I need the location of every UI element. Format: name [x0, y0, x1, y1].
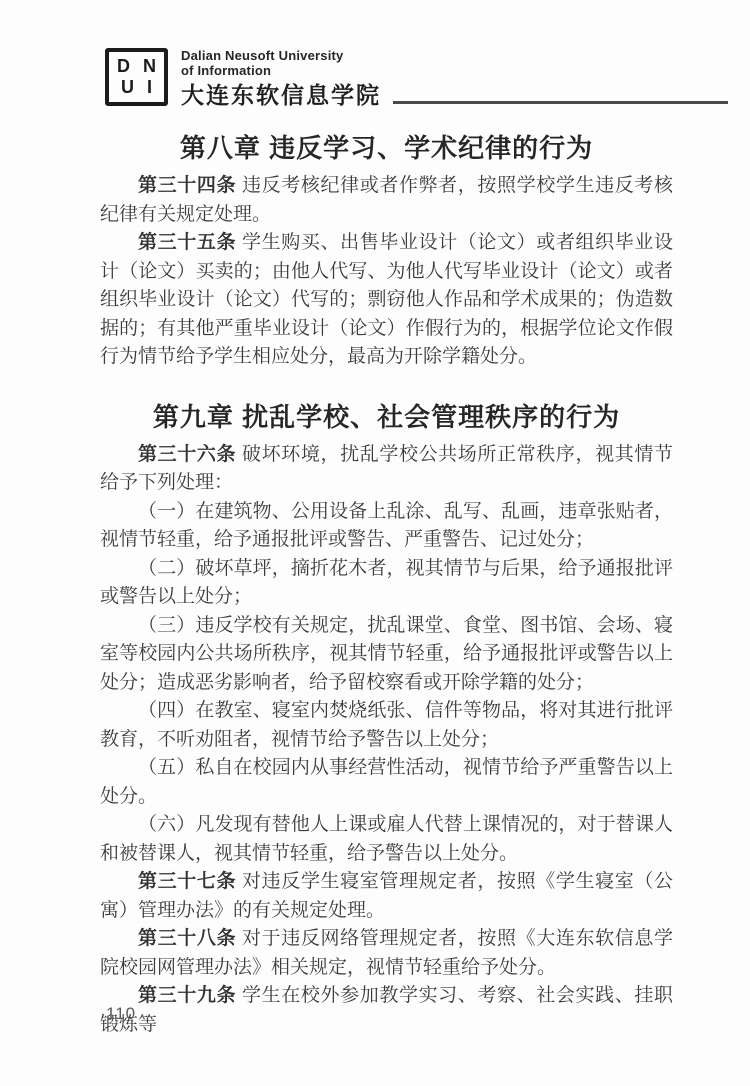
paragraph-article-34: 第三十四条 违反考核纪律或者作弊者，按照学校学生违反考核纪律有关规定处理。: [100, 172, 673, 229]
logo-letters-bottom: U I: [117, 77, 156, 98]
chapter-9-section: 第九章 扰乱学校、社会管理秩序的行为 第三十六条 破坏环境，扰乱学校公共场所正常…: [100, 402, 673, 1040]
paragraph-article-36: 第三十六条 破坏环境，扰乱学校公共场所正常秩序，视其情节给予下列处理：: [100, 441, 673, 498]
article-34-number: 第三十四条: [138, 175, 242, 196]
university-name-english-line2: of Information: [181, 63, 728, 78]
article-35-number: 第三十五条: [138, 232, 242, 253]
article-36-number: 第三十六条: [138, 444, 242, 465]
paragraph-article-39: 第三十九条 学生在校外参加教学实习、考察、社会实践、挂职锻炼等: [100, 982, 673, 1039]
list-item-3-text: （三）违反学校有关规定，扰乱课堂、食堂、图书馆、会场、寝室等校园内公共场所秩序，…: [100, 615, 673, 693]
chapter-8-title: 第八章 违反学习、学术纪律的行为: [100, 133, 673, 164]
list-item-2: （二）破坏草坪，摘折花木者，视其情节与后果，给予通报批评或警告以上处分；: [100, 555, 673, 612]
list-item-4-text: （四）在教室、寝室内焚烧纸张、信件等物品，将对其进行批评教育，不听劝阻者，视情节…: [100, 700, 673, 750]
paragraph-article-35: 第三十五条 学生购买、出售毕业设计（论文）或者组织毕业设计（论文）买卖的；由他人…: [100, 229, 673, 372]
university-names: Dalian Neusoft University of Information…: [181, 48, 728, 109]
article-37-number: 第三十七条: [138, 871, 242, 892]
logo-letters-top: D N: [113, 56, 160, 77]
chapter-9-title: 第九章 扰乱学校、社会管理秩序的行为: [100, 402, 673, 433]
regulation-content: 第八章 违反学习、学术纪律的行为 第三十四条 违反考核纪律或者作弊者，按照学校学…: [0, 109, 750, 1039]
page-number: 110: [106, 1004, 136, 1024]
list-item-6-text: （六）凡发现有替他人上课或雇人代替上课情况的，对于替课人和被替课人，视其情节轻重…: [100, 814, 673, 864]
chapter-8-section: 第八章 违反学习、学术纪律的行为 第三十四条 违反考核纪律或者作弊者，按照学校学…: [100, 133, 673, 372]
list-item-5-text: （五）私自在校园内从事经营性活动，视情节给予严重警告以上处分。: [100, 757, 673, 807]
dnui-logo-icon: D N U I: [105, 48, 168, 106]
list-item-4: （四）在教室、寝室内焚烧纸张、信件等物品，将对其进行批评教育，不听劝阻者，视情节…: [100, 697, 673, 754]
list-item-1-text: （一）在建筑物、公用设备上乱涂、乱写、乱画，违章张贴者，视情节轻重，给予通报批评…: [100, 501, 673, 551]
list-item-3: （三）违反学校有关规定，扰乱课堂、食堂、图书馆、会场、寝室等校园内公共场所秩序，…: [100, 612, 673, 698]
header-divider-line: [393, 101, 728, 104]
article-38-number: 第三十八条: [138, 928, 242, 949]
list-item-6: （六）凡发现有替他人上课或雇人代替上课情况的，对于替课人和被替课人，视其情节轻重…: [100, 811, 673, 868]
list-item-1: （一）在建筑物、公用设备上乱涂、乱写、乱画，违章张贴者，视情节轻重，给予通报批评…: [100, 498, 673, 555]
paragraph-article-38: 第三十八条 对于违反网络管理规定者，按照《大连东软信息学院校园网管理办法》相关规…: [100, 925, 673, 982]
page-header: D N U I Dalian Neusoft University of Inf…: [0, 0, 750, 109]
university-name-row: 大连东软信息学院: [181, 82, 728, 109]
university-name-chinese: 大连东软信息学院: [181, 82, 381, 109]
article-39-number: 第三十九条: [138, 985, 242, 1006]
university-name-english-line1: Dalian Neusoft University: [181, 48, 728, 63]
list-item-2-text: （二）破坏草坪，摘折花木者，视其情节与后果，给予通报批评或警告以上处分；: [100, 558, 673, 608]
document-page: D N U I Dalian Neusoft University of Inf…: [0, 0, 750, 1086]
paragraph-article-37: 第三十七条 对违反学生寝室管理规定者，按照《学生寝室（公寓）管理办法》的有关规定…: [100, 868, 673, 925]
list-item-5: （五）私自在校园内从事经营性活动，视情节给予严重警告以上处分。: [100, 754, 673, 811]
